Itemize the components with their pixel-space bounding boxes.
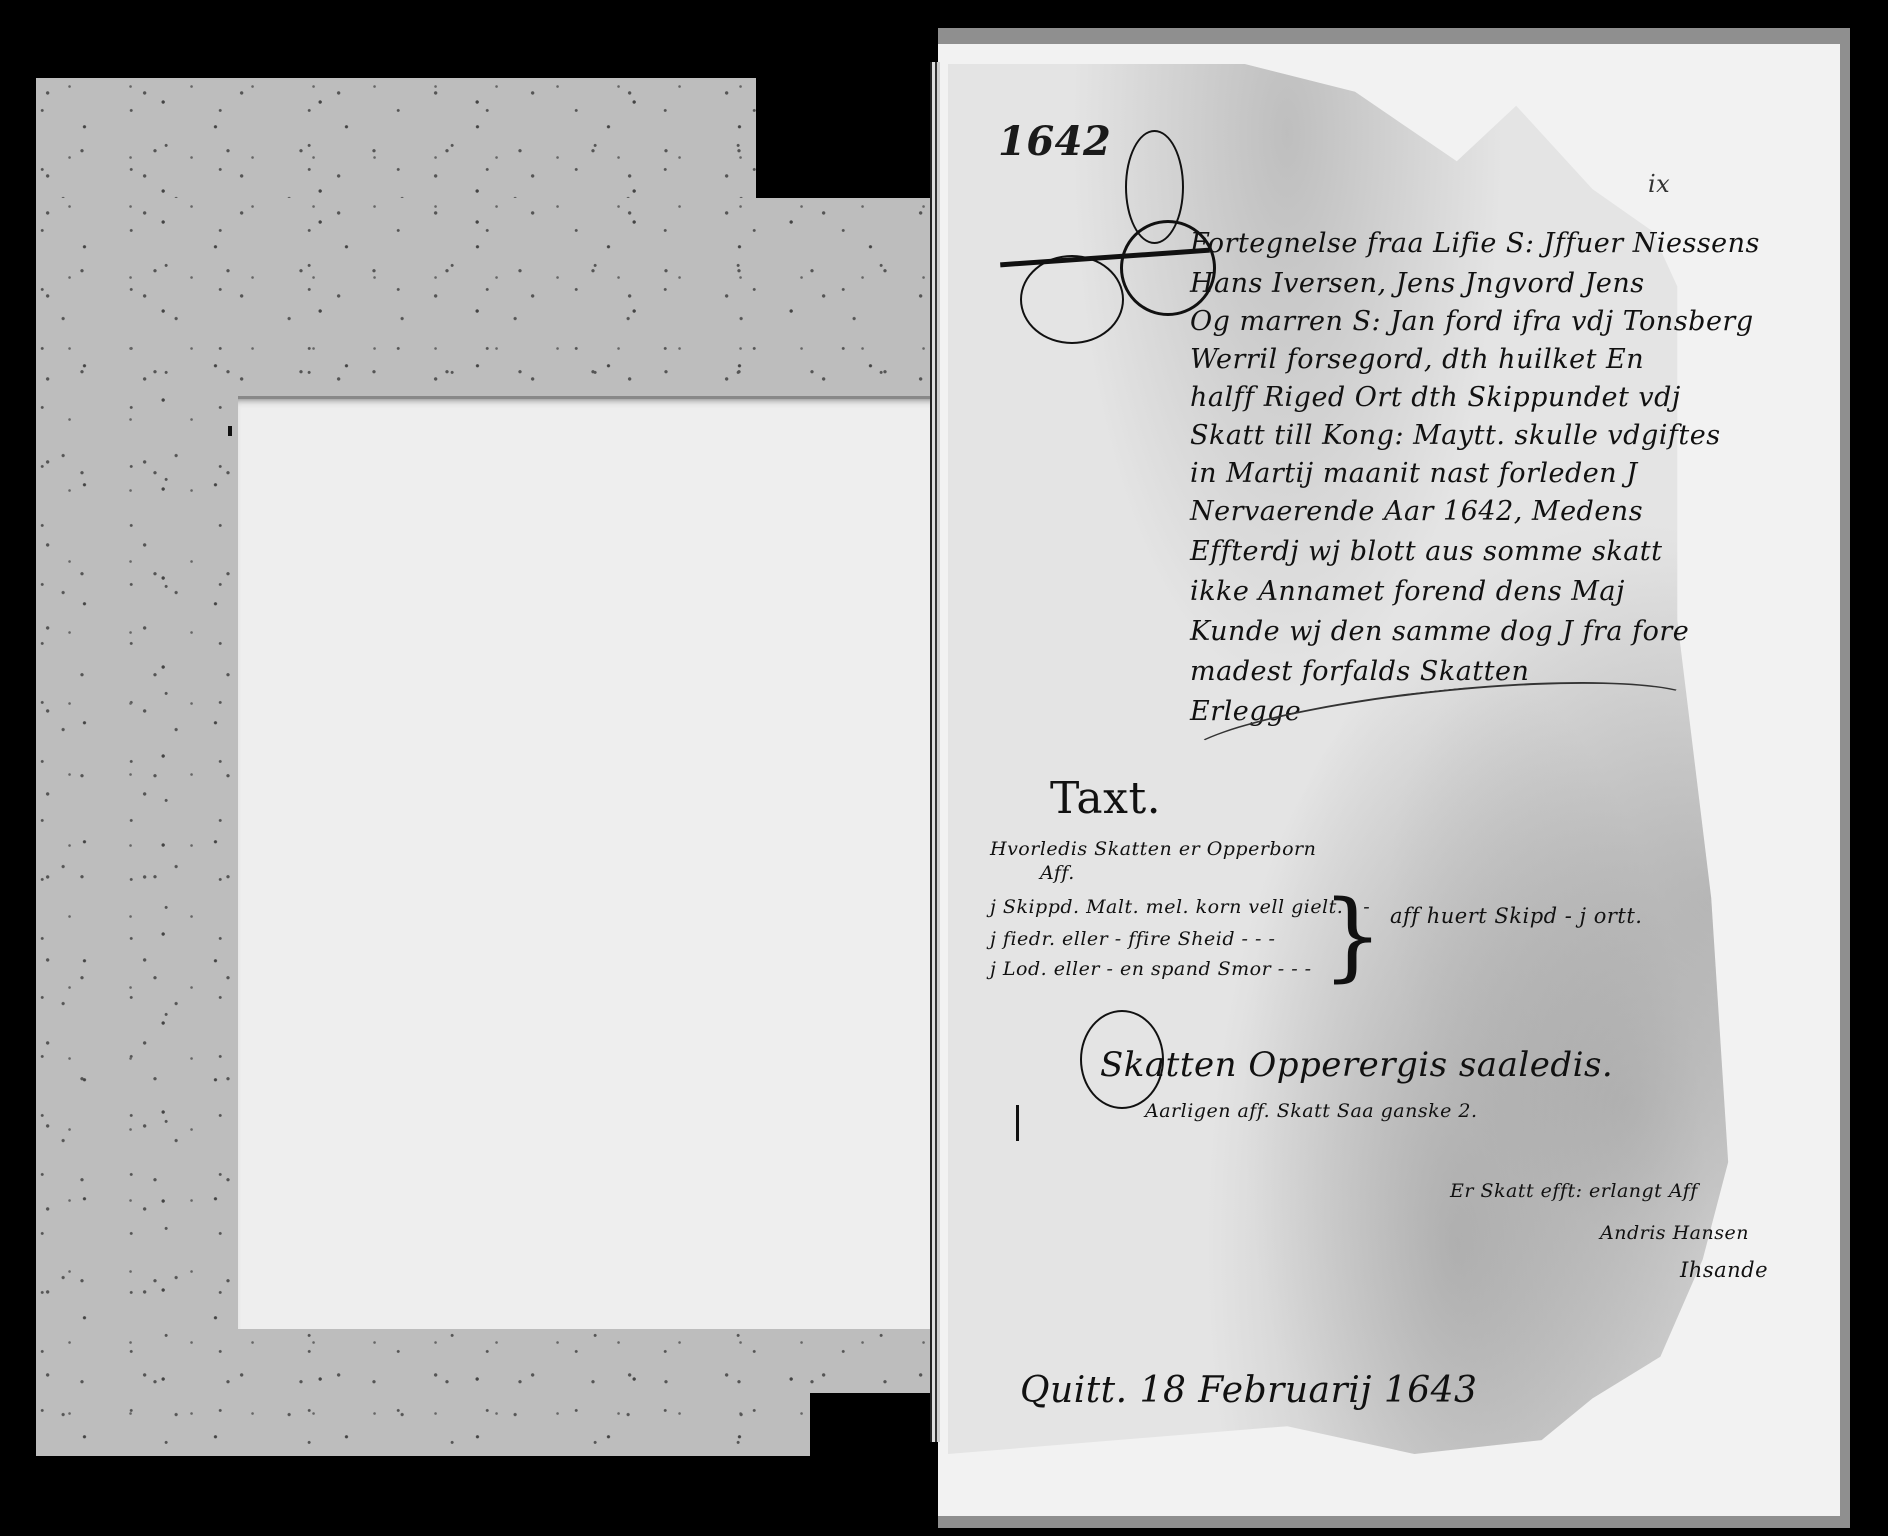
- skatten-title: Skatten Opperergis saaledis.: [1100, 1045, 1613, 1085]
- heading-line-8: Nervaerende Aar 1642, Medens: [1190, 496, 1643, 527]
- skatten-subtitle: Aarligen aff. Skatt Saa ganske 2.: [1145, 1100, 1478, 1122]
- heading-line-3: Og marren S: Jan ford ifra vdj Tonsberg: [1190, 306, 1754, 337]
- year-annotation: 1642: [998, 118, 1111, 165]
- brace-symbol: }: [1322, 880, 1384, 992]
- signature-line-2: Andris Hansen: [1600, 1222, 1749, 1244]
- heading-line-12: madest forfalds Skatten: [1190, 656, 1529, 687]
- heading-line-7: in Martij maanit nast forleden J: [1190, 458, 1638, 489]
- heading-line-2: Hans Iversen, Jens Jngvord Jens: [1190, 268, 1645, 299]
- signature-line-1: Er Skatt efft: erlangt Aff: [1450, 1180, 1698, 1202]
- folio-mark: ix: [1648, 170, 1670, 198]
- initial-flourish-loop-3: [1125, 130, 1184, 244]
- taxt-intro: Hvorledis Skatten er Opperborn: [990, 838, 1316, 860]
- signature-line-3: Ihsande: [1680, 1258, 1768, 1282]
- left-mount-upper: [36, 78, 756, 198]
- taxt-item-3: j Lod. eller - en spand Smor - - -: [990, 958, 1312, 980]
- date-line: Quitt. 18 Februarij 1643: [1020, 1370, 1477, 1411]
- heading-line-11: Kunde wj den samme dog J fra fore: [1190, 616, 1689, 647]
- taxt-item-2: j fiedr. eller - ffire Sheid - - -: [990, 928, 1275, 950]
- scan-background: 1642 ix Fortegnelse fraa Lifie S: Jffuer…: [0, 0, 1888, 1536]
- binding-spine: [930, 62, 940, 1442]
- heading-line-10: ikke Annamet forend dens Maj: [1190, 576, 1625, 607]
- stray-mark: [228, 426, 232, 436]
- taxt-intro-sub: Aff.: [1040, 862, 1075, 884]
- heading-line-6: Skatt till Kong: Maytt. skulle vdgiftes: [1190, 420, 1721, 451]
- stray-mark: [1016, 1105, 1019, 1141]
- heading-line-4: Werril forsegord, dth huilket En: [1190, 344, 1644, 375]
- blank-paper-insert: [238, 396, 938, 1329]
- heading-line-9: Effterdj wj blott aus somme skatt: [1190, 536, 1663, 567]
- heading-line-1: Fortegnelse fraa Lifie S: Jffuer Niessen…: [1190, 228, 1760, 259]
- heading-line-5: halff Riged Ort dth Skippundet vdj: [1190, 382, 1681, 413]
- mount-corner-cutout: [810, 1393, 940, 1536]
- taxt-rate: aff huert Skipd - j ortt.: [1390, 904, 1642, 928]
- initial-flourish-loop-2: [1020, 255, 1124, 344]
- taxt-item-1: j Skippd. Malt. mel. korn vell gielt. - …: [990, 896, 1370, 918]
- taxt-title: Taxt.: [1050, 773, 1161, 824]
